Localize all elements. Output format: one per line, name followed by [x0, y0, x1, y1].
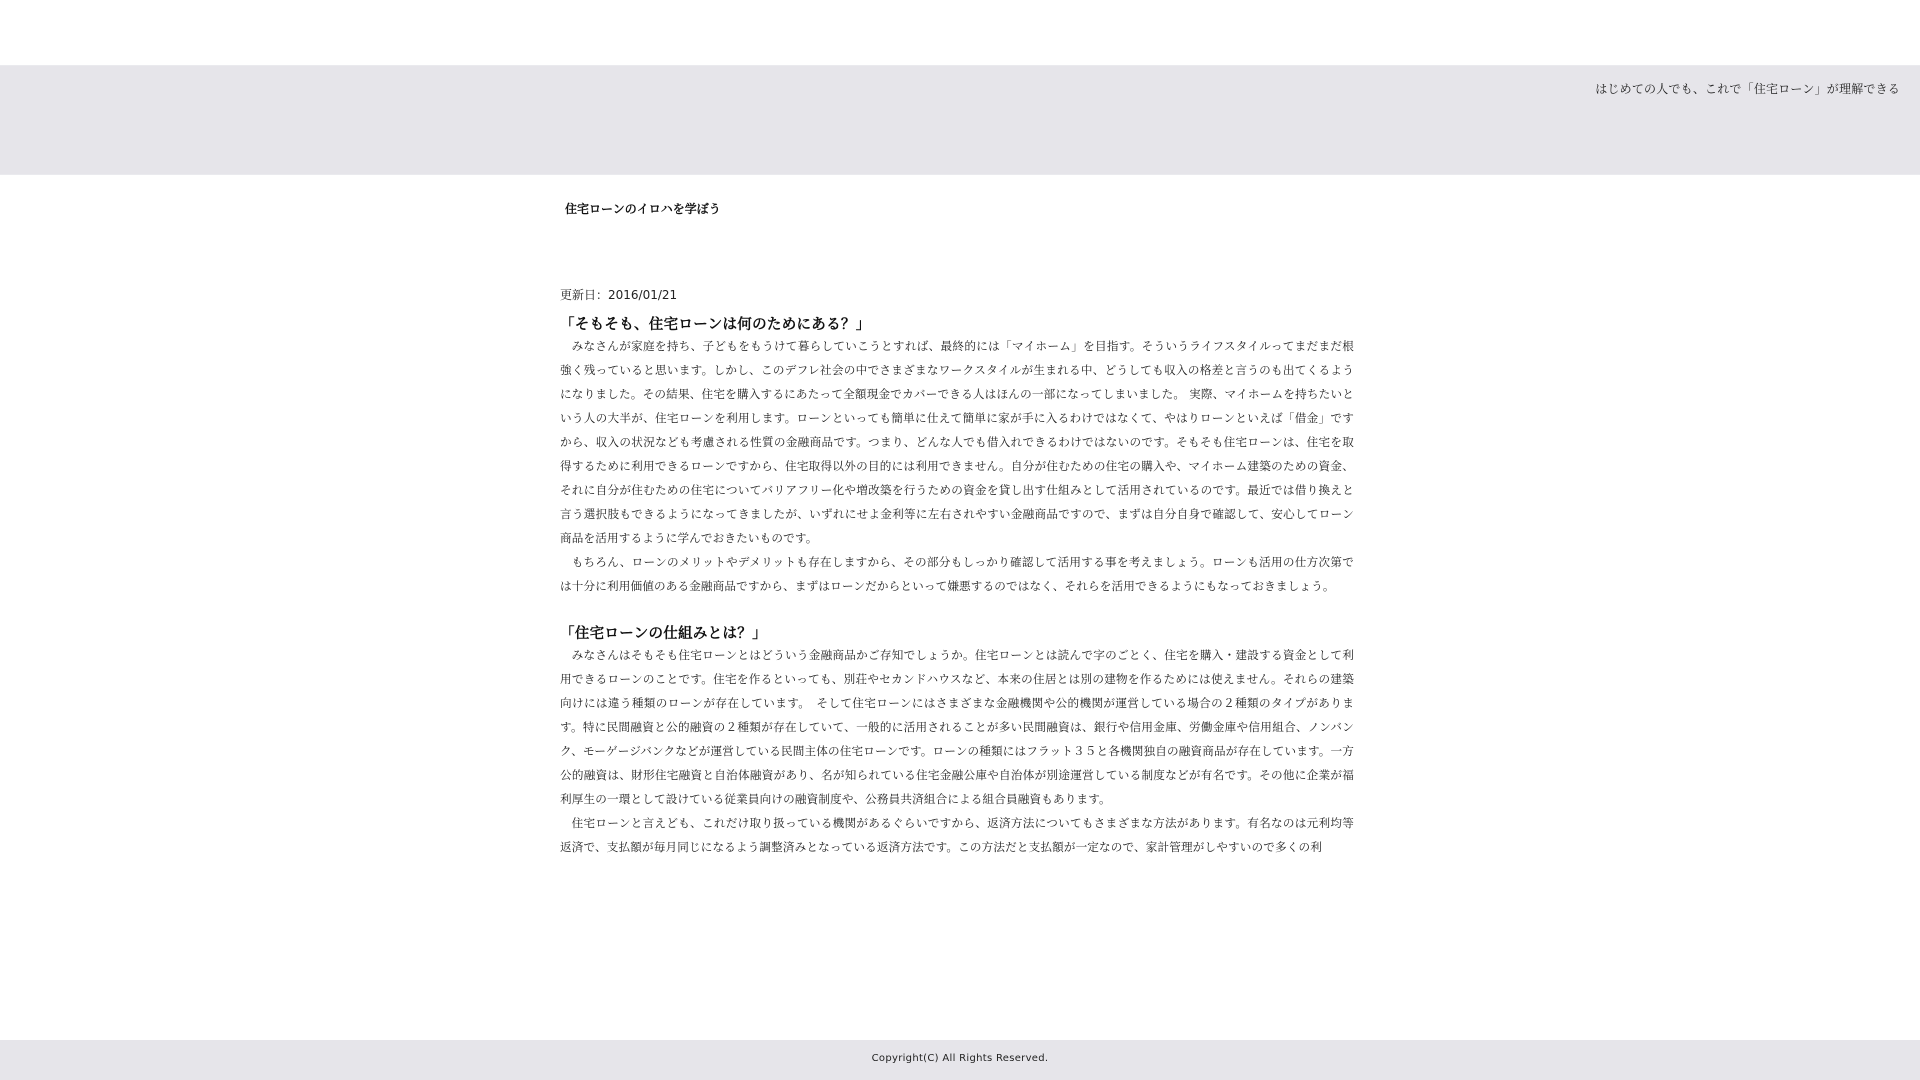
header-band: はじめての人でも、これで「住宅ローン」が理解できる [0, 65, 1920, 175]
site-tagline: はじめての人でも、これで「住宅ローン」が理解できる [1595, 80, 1900, 97]
copyright-text: Copyright(C) All Rights Reserved. [872, 1053, 1049, 1064]
section-heading: 「そもそも、住宅ローンは何のためにある？」 [560, 313, 1354, 334]
top-spacer [0, 0, 1920, 65]
article-paragraph: みなさんが家庭を持ち、子どもをもうけて暮らしていこうとすれば、最終的には「マイホ… [560, 334, 1354, 550]
page: はじめての人でも、これで「住宅ローン」が理解できる 住宅ローンのイロハを学ぼう … [0, 0, 1920, 1080]
footer: Copyright(C) All Rights Reserved. [0, 1040, 1920, 1080]
updated-date: 更新日：2016/01/21 [560, 286, 1354, 303]
article-paragraph: 住宅ローンと言えども、これだけ取り扱っている機関があるぐらいですから、返済方法に… [560, 811, 1354, 859]
article-paragraph: もちろん、ローンのメリットやデメリットも存在しますから、その部分もしっかり確認し… [560, 550, 1354, 598]
article-paragraph: みなさんはそもそも住宅ローンとはどういう金融商品かご存知でしょうか。住宅ローンと… [560, 643, 1354, 811]
main-content: 住宅ローンのイロハを学ぼう 更新日：2016/01/21 「そもそも、住宅ローン… [560, 175, 1354, 859]
site-title[interactable]: 住宅ローンのイロハを学ぼう [565, 200, 1354, 217]
section-heading: 「住宅ローンの仕組みとは？」 [560, 622, 1354, 643]
